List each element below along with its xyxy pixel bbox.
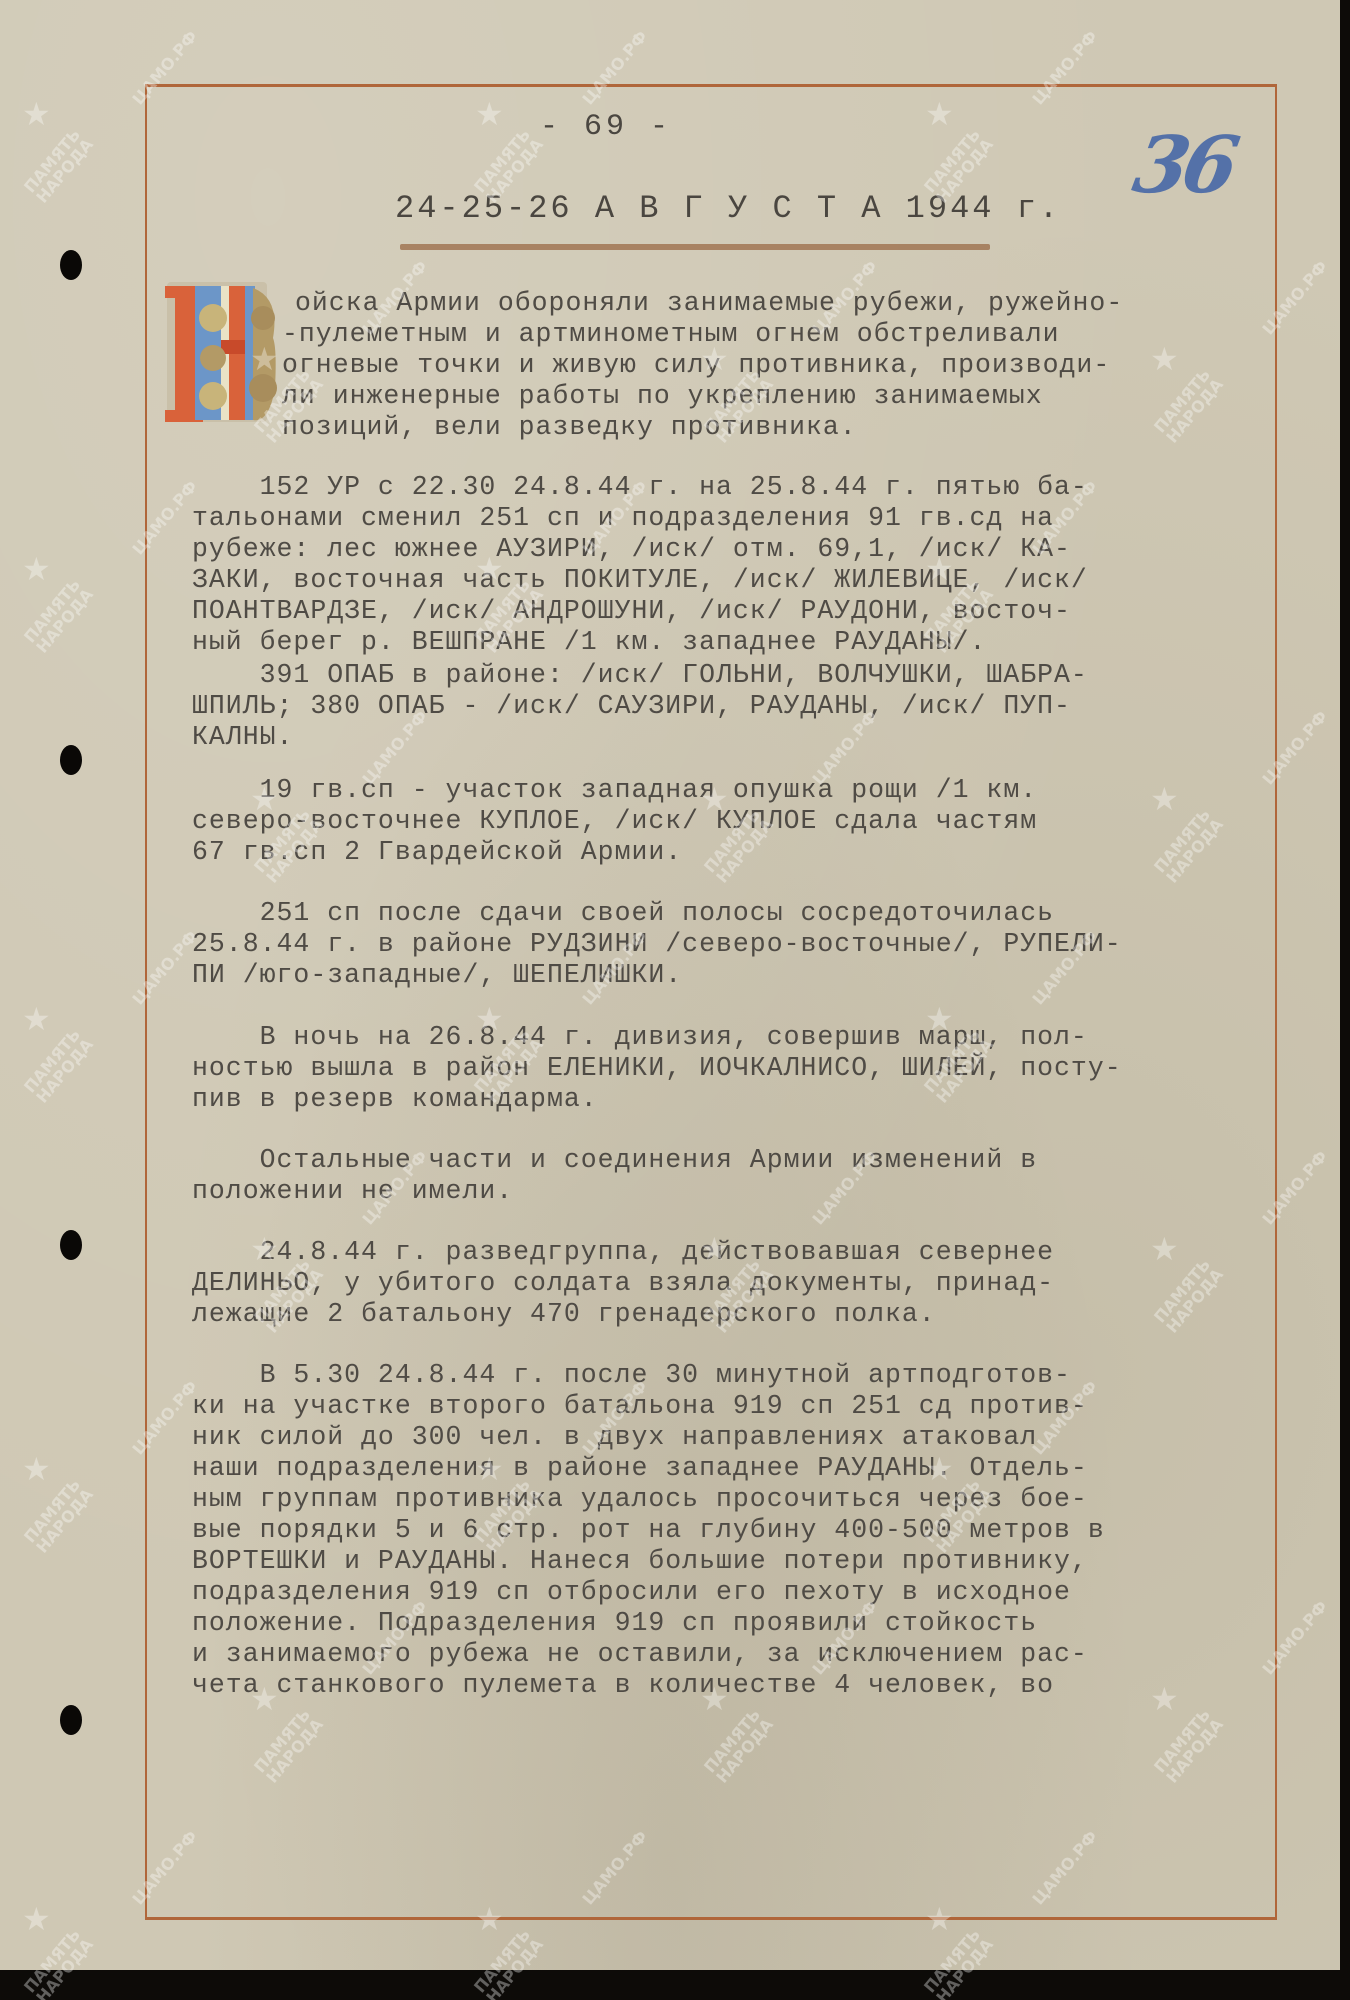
star-icon: ★	[250, 780, 279, 818]
paragraph-intro-line: -пулеметным и артминометным огнем обстре…	[282, 319, 1060, 350]
paragraph-intro-line: ли инженерные работы по укреплению заним…	[282, 381, 1043, 412]
star-icon: ★	[250, 1680, 279, 1718]
star-icon: ★	[475, 1000, 504, 1038]
binder-hole	[60, 250, 82, 280]
binder-hole	[60, 1230, 82, 1260]
star-icon: ★	[925, 95, 954, 133]
document-page: - 69 - 36 24-25-26 А В Г У С Т А 1944 г.…	[0, 0, 1340, 1970]
star-icon: ★	[700, 1680, 729, 1718]
paragraph-line: 24.8.44 г. разведгруппа, действовавшая с…	[192, 1237, 1054, 1268]
paragraph-line: положение. Подразделения 919 сп проявили…	[192, 1608, 1037, 1639]
star-icon: ★	[700, 340, 729, 378]
title-underline	[400, 244, 990, 250]
paragraph-line: чета станкового пулемета в количестве 4 …	[192, 1670, 1054, 1701]
paragraph-line: положении не имели.	[192, 1176, 513, 1207]
star-icon: ★	[475, 1450, 504, 1488]
paragraph-line: пив в резерв командарма.	[192, 1084, 598, 1115]
paragraph-intro-line: ойска Армии обороняли занимаемые рубежи,…	[295, 288, 1123, 319]
paragraph-line: 19 гв.сп - участок западная опушка рощи …	[192, 775, 1037, 806]
star-icon: ★	[22, 95, 51, 133]
star-icon: ★	[1150, 780, 1179, 818]
paragraph-line: 25.8.44 г. в районе РУДЗИНИ /северо-вост…	[192, 929, 1122, 960]
star-icon: ★	[700, 1230, 729, 1268]
star-icon: ★	[925, 1450, 954, 1488]
paragraph-line: ВОРТЕШКИ и РАУДАНЫ. Нанеся большие потер…	[192, 1546, 1088, 1577]
paragraph-intro-line: позиций, вели разведку противника.	[282, 412, 857, 443]
paragraph-line: 251 сп после сдачи своей полосы сосредот…	[192, 898, 1054, 929]
page-number: - 69 -	[540, 110, 672, 144]
star-icon: ★	[700, 780, 729, 818]
paragraph-line: подразделения 919 сп отбросили его пехот…	[192, 1577, 1071, 1608]
star-icon: ★	[475, 1900, 504, 1938]
star-icon: ★	[925, 1000, 954, 1038]
binder-hole	[60, 1705, 82, 1735]
paragraph-line: ный берег р. ВЕШПРАНЕ /1 км. западнее РА…	[192, 627, 986, 658]
paragraph-line: Остальные части и соединения Армии измен…	[192, 1145, 1037, 1176]
paragraph-line: ШПИЛЬ; 380 ОПАБ - /иск/ САУЗИРИ, РАУДАНЫ…	[192, 691, 1071, 722]
star-icon: ★	[250, 1230, 279, 1268]
star-icon: ★	[475, 95, 504, 133]
star-icon: ★	[250, 340, 279, 378]
star-icon: ★	[22, 550, 51, 588]
star-icon: ★	[22, 1000, 51, 1038]
star-icon: ★	[925, 550, 954, 588]
watermark-project: ПАМЯТЬ НАРОДА	[22, 126, 96, 206]
star-icon: ★	[22, 1900, 51, 1938]
star-icon: ★	[1150, 1230, 1179, 1268]
paragraph-line: 391 ОПАБ в районе: /иск/ ГОЛЬНИ, ВОЛЧУШК…	[192, 660, 1088, 691]
star-icon: ★	[925, 1900, 954, 1938]
star-icon: ★	[475, 550, 504, 588]
star-icon: ★	[1150, 340, 1179, 378]
star-icon: ★	[22, 1450, 51, 1488]
paragraph-line: КАЛНЫ.	[192, 722, 293, 753]
paragraph-line: и занимаемого рубежа не оставили, за иск…	[192, 1639, 1088, 1670]
binder-hole	[60, 745, 82, 775]
paragraph-intro-line: огневые точки и живую силу противника, п…	[282, 350, 1110, 381]
star-icon: ★	[1150, 1680, 1179, 1718]
handwritten-folio-number: 36	[1127, 120, 1240, 211]
